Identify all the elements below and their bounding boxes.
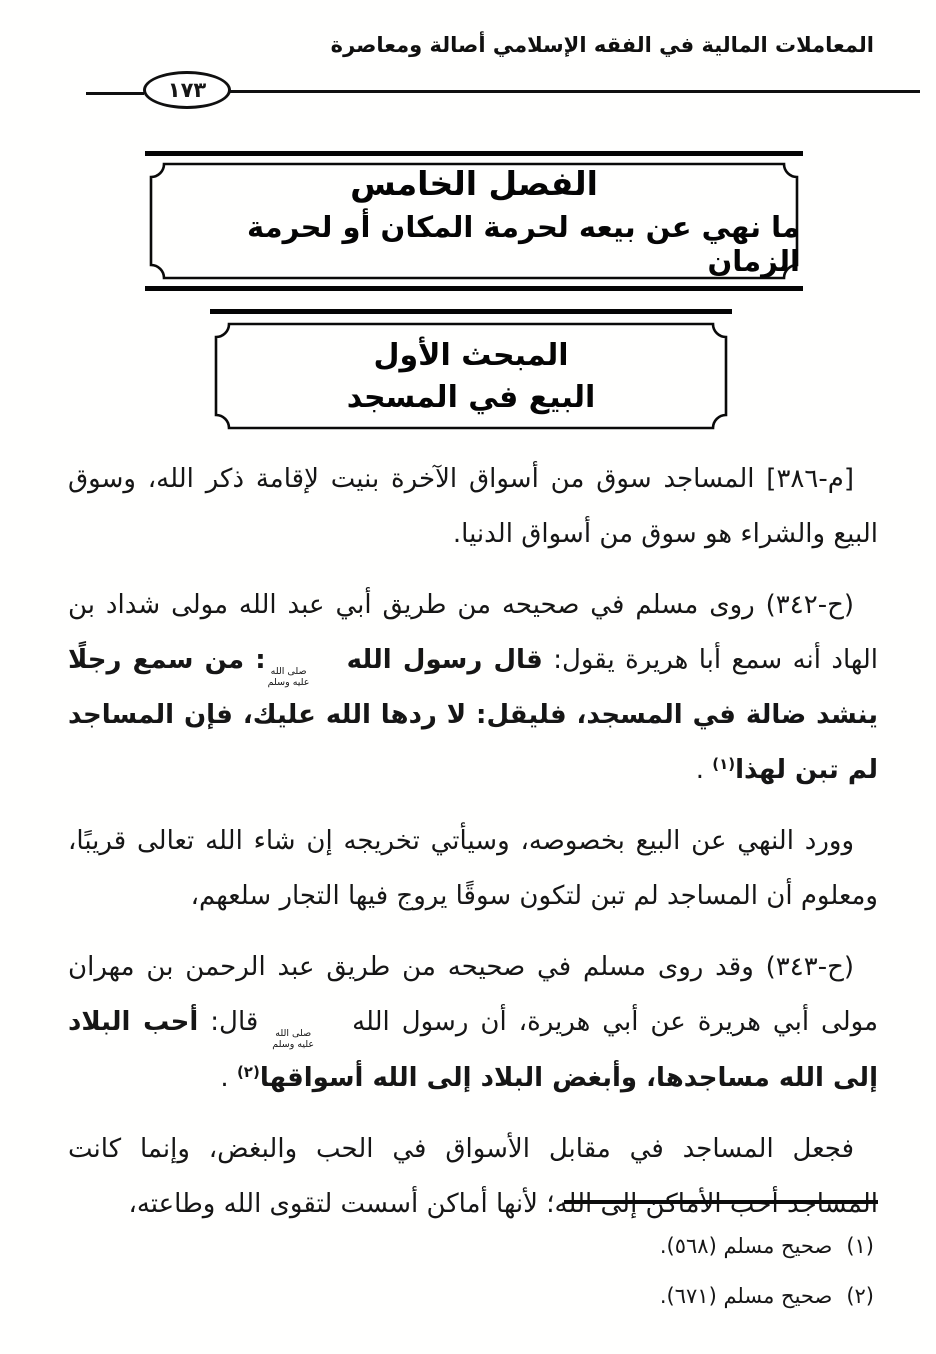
paragraph: وورد النهي عن البيع بخصوصه، وسيأتي تخريج… — [68, 814, 878, 924]
text-segment: قال: — [198, 1007, 270, 1037]
paragraph: (ح-٣٤٣) وقد روى مسلم في صحيحه من طريق عب… — [68, 940, 878, 1105]
chapter-title-box: الفصل الخامس ما نهي عن بيعه لحرمة المكان… — [148, 151, 800, 291]
paragraph: (ح-٣٤٢) روى مسلم في صحيحه من طريق أبي عب… — [68, 578, 878, 798]
text-segment: . — [696, 755, 713, 785]
text-segment: فجعل المساجد في مقابل الأسواق في الحب وا… — [68, 1134, 878, 1219]
header-rule-left — [86, 92, 144, 95]
footnote-text: صحيح مسلم (٥٦٨). — [660, 1234, 832, 1258]
section-box-text: المبحث الأول البيع في المسجد — [213, 321, 729, 431]
footnotes-list: (١)صحيح مسلم (٥٦٨).(٢)صحيح مسلم (٦٧١). — [0, 1221, 936, 1321]
chapter-title: الفصل الخامس — [350, 164, 598, 203]
paragraph: [م-٣٨٦] المساجد سوق من أسواق الآخرة بنيت… — [68, 452, 878, 562]
bold-text-segment: قال رسول الله — [335, 645, 542, 675]
chapter-box-bottom-rule — [145, 286, 803, 291]
section-title-box: المبحث الأول البيع في المسجد — [213, 309, 729, 436]
book-page: المعاملات المالية في الفقه الإسلامي أصال… — [0, 0, 936, 1354]
running-head-title: المعاملات المالية في الفقه الإسلامي أصال… — [331, 33, 874, 57]
page-number: ١٧٣ — [168, 78, 206, 102]
chapter-box-text: الفصل الخامس ما نهي عن بيعه لحرمة المكان… — [148, 161, 800, 281]
footnote-ref: (١) — [712, 755, 735, 773]
chapter-subtitle: ما نهي عن بيعه لحرمة المكان أو لحرمة الز… — [148, 210, 800, 278]
footnote-separator — [564, 1200, 878, 1204]
header-rule-right — [230, 90, 920, 93]
footnote-item: (٢)صحيح مسلم (٦٧١). — [62, 1271, 874, 1321]
sallallahu-alayhi-wasallam-ligature: صلى اللهعليه وسلم — [268, 667, 334, 688]
paragraph: فجعل المساجد في مقابل الأسواق في الحب وا… — [68, 1122, 878, 1232]
text-segment: وورد النهي عن البيع بخصوصه، وسيأتي تخريج… — [68, 826, 878, 911]
footnote-marker: (١) — [846, 1234, 874, 1258]
chapter-box-top-rule — [145, 151, 803, 156]
sallallahu-alayhi-wasallam-ligature: صلى اللهعليه وسلم — [272, 1029, 338, 1050]
text-segment: [م-٣٨٦] المساجد سوق من أسواق الآخرة بنيت… — [68, 464, 878, 549]
text-segment: . — [220, 1063, 237, 1093]
section-subtitle: البيع في المسجد — [347, 380, 596, 415]
footnote-ref: (٢) — [237, 1063, 260, 1081]
footnote-text: صحيح مسلم (٦٧١). — [660, 1284, 832, 1308]
footnote-item: (١)صحيح مسلم (٥٦٨). — [62, 1221, 874, 1271]
footnote-marker: (٢) — [846, 1284, 874, 1308]
body-paragraphs: [م-٣٨٦] المساجد سوق من أسواق الآخرة بنيت… — [0, 452, 936, 1248]
page-number-badge: ١٧٣ — [143, 71, 231, 109]
section-box-top-rule — [210, 309, 732, 314]
section-title: المبحث الأول — [373, 338, 568, 373]
